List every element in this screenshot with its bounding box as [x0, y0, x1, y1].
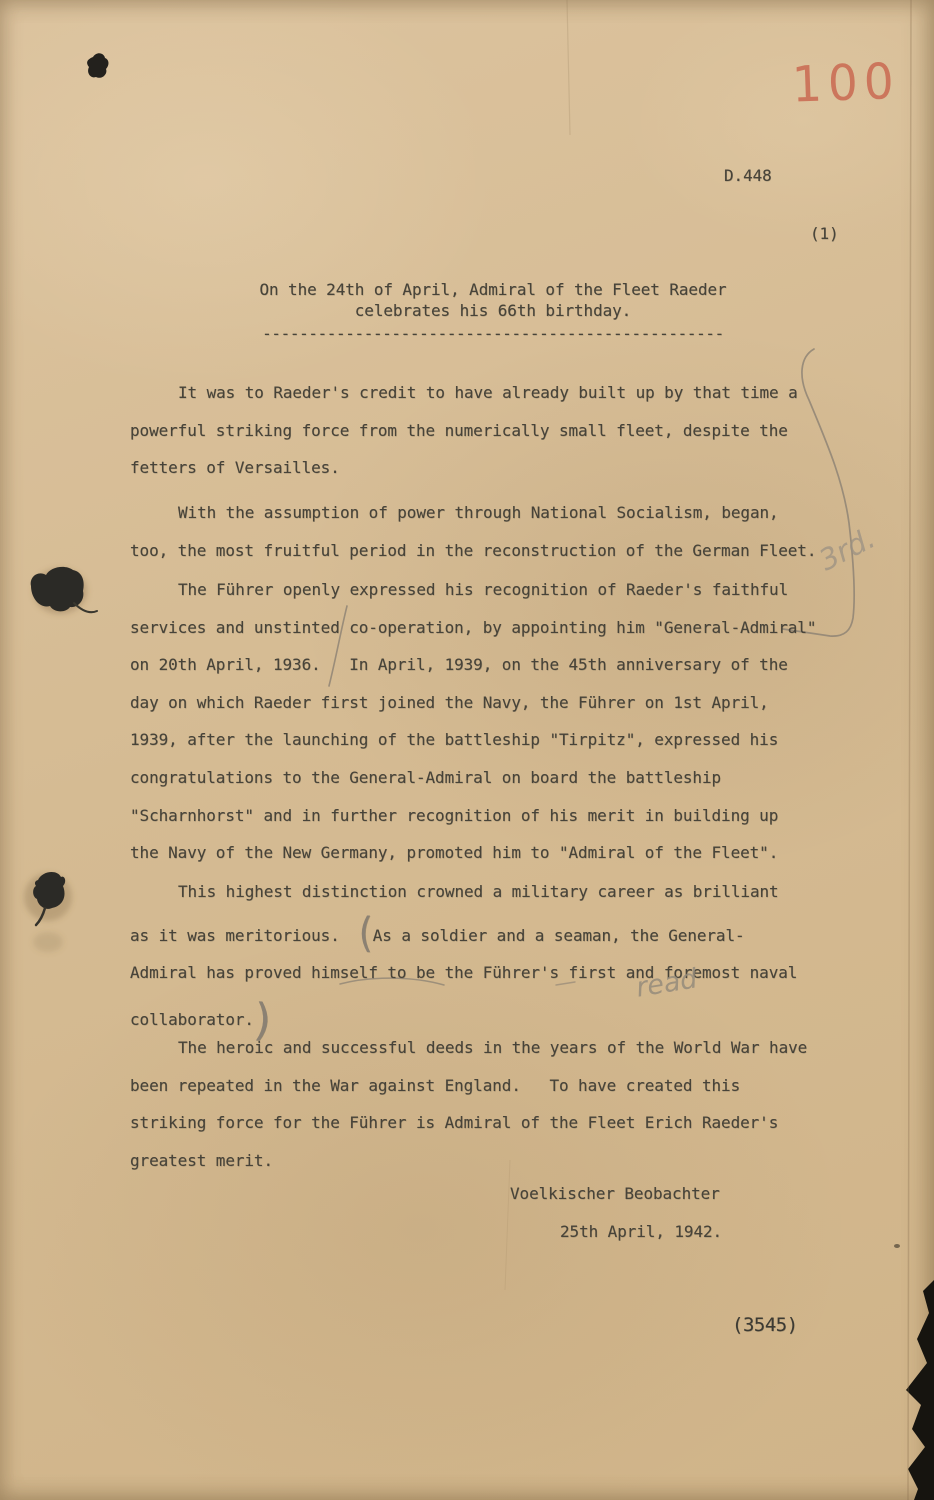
reference-number: (3545)	[732, 1314, 798, 1336]
text-line: on 20th April, 1936. In April, 1939, on …	[130, 646, 850, 684]
text-line: Admiral has proved himself to be the Füh…	[130, 954, 850, 992]
text-line: as it was meritorious. (As a soldier and…	[130, 911, 850, 955]
text-line: "Scharnhorst" and in further recognition…	[130, 797, 850, 835]
edge-speck	[894, 1244, 900, 1248]
text-line: the Navy of the New Germany, promoted hi…	[130, 834, 850, 872]
text-line: With the assumption of power through Nat…	[130, 494, 850, 532]
text-line: been repeated in the War against England…	[130, 1067, 850, 1105]
ink-blot-icon	[87, 53, 108, 78]
title-underline: ----------------------------------------…	[143, 324, 843, 345]
paper-crease	[908, 0, 911, 1500]
text-line: powerful striking force from the numeric…	[130, 412, 850, 450]
paper-crease	[567, 0, 570, 135]
paragraph: This highest distinction crowned a milit…	[130, 873, 850, 1038]
page-number: (1)	[810, 224, 839, 243]
title-line: On the 24th of April, Admiral of the Fle…	[143, 280, 843, 301]
text-line: The Führer openly expressed his recognit…	[130, 571, 850, 609]
text-segment: as it was meritorious.	[130, 926, 359, 945]
document-title: On the 24th of April, Admiral of the Fle…	[143, 280, 843, 345]
paper-crease	[505, 1160, 510, 1290]
pencil-paren-open: (	[359, 912, 373, 955]
text-line: greatest merit.	[130, 1142, 850, 1180]
paragraph: It was to Raeder's credit to have alread…	[130, 374, 850, 487]
text-line: congratulations to the General-Admiral o…	[130, 759, 850, 797]
text-line: services and unstinted co-operation, by …	[130, 609, 850, 647]
paragraph: With the assumption of power through Nat…	[130, 494, 850, 569]
paragraph: The Führer openly expressed his recognit…	[130, 571, 850, 872]
text-line: It was to Raeder's credit to have alread…	[130, 374, 850, 412]
punch-hole-icon	[31, 567, 84, 612]
hole-tail	[36, 908, 45, 925]
text-line: fetters of Versailles.	[130, 449, 850, 487]
hole-tail	[74, 603, 97, 612]
text-segment: collaborator.	[130, 1010, 254, 1029]
text-line: too, the most fruitful period in the rec…	[130, 532, 850, 570]
text-line: The heroic and successful deeds in the y…	[130, 1029, 850, 1067]
punch-hole-icon	[33, 872, 65, 909]
source-date: 25th April, 1942.	[560, 1222, 722, 1241]
paragraph: The heroic and successful deeds in the y…	[130, 1029, 850, 1179]
hole-shadow	[24, 873, 72, 921]
torn-edge	[906, 1280, 934, 1500]
hole-shadow	[33, 568, 87, 614]
text-line: striking force for the Führer is Admiral…	[130, 1104, 850, 1142]
text-line: 1939, after the launching of the battles…	[130, 721, 850, 759]
text-line: This highest distinction crowned a milit…	[130, 873, 850, 911]
source-attribution: Voelkischer Beobachter	[510, 1184, 720, 1203]
red-crayon-number: 100	[791, 53, 901, 114]
text-segment: As a soldier and a seaman, the General-	[373, 926, 745, 945]
scanned-document-page: 100 D.448 (1) On the 24th of April, Admi…	[0, 0, 934, 1500]
smudge	[33, 932, 63, 952]
text-line: day on which Raeder first joined the Nav…	[130, 684, 850, 722]
title-line: celebrates his 66th birthday.	[143, 301, 843, 322]
document-number: D.448	[724, 166, 772, 185]
